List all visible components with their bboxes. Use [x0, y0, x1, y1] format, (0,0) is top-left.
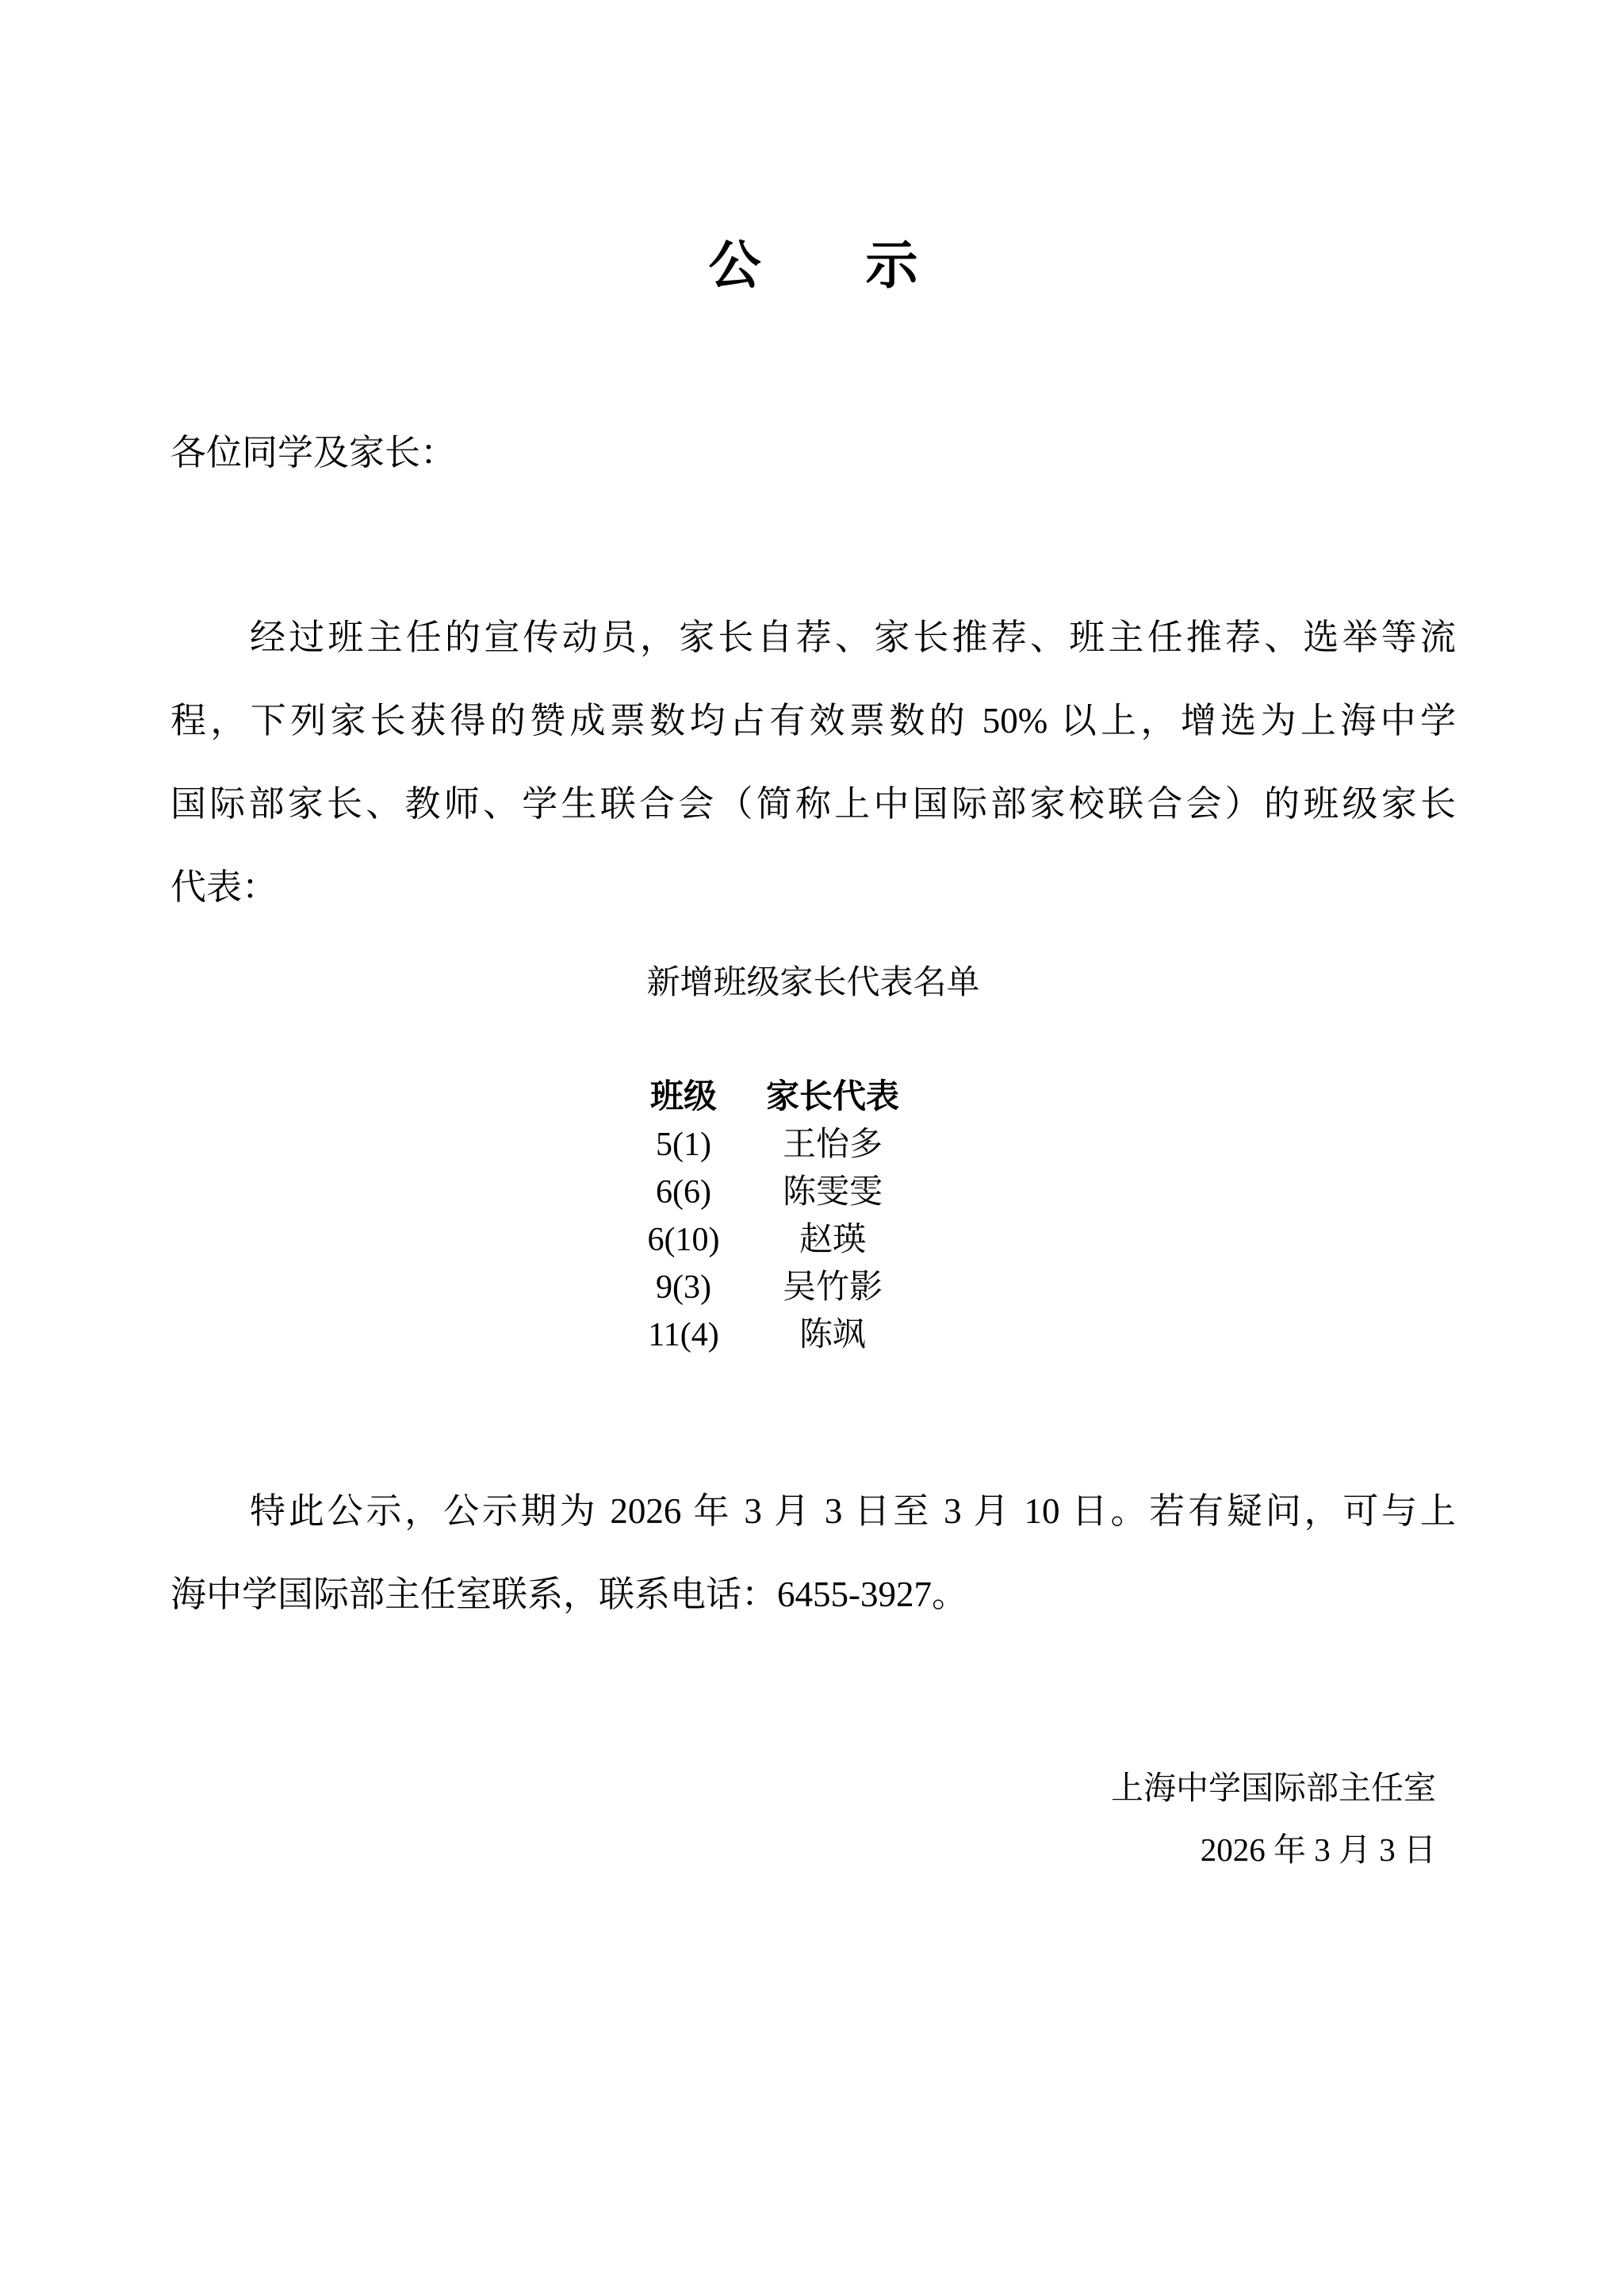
table-row: 6(6) 陈雯雯: [170, 1169, 1456, 1216]
signature-block: 上海中学国际部主任室 2026 年 3 月 3 日: [170, 1757, 1456, 1881]
table-row: 9(3) 吴竹影: [170, 1264, 1456, 1311]
class-cell: 5(1): [620, 1121, 747, 1169]
representative-cell: 赵瑛: [747, 1216, 918, 1264]
class-cell: 9(3): [620, 1264, 747, 1311]
representative-cell: 陈飒: [747, 1311, 918, 1359]
body-paragraph: 经过班主任的宣传动员，家长自荐、家长推荐、班主任推荐、选举等流 程，下列家长获得…: [170, 596, 1456, 929]
table-row: 5(1) 王怡多: [170, 1121, 1456, 1169]
paragraph-line: 代表：: [170, 846, 1456, 929]
salutation: 各位同学及家长：: [170, 430, 1456, 476]
representatives-table: 班级 家长代表 5(1) 王怡多 6(6) 陈雯雯 6(10) 赵瑛 9(3) …: [170, 1073, 1456, 1359]
class-cell: 6(10): [620, 1216, 747, 1264]
representative-cell: 陈雯雯: [747, 1169, 918, 1216]
column-header-representative: 家长代表: [747, 1073, 918, 1121]
table-row: 6(10) 赵瑛: [170, 1216, 1456, 1264]
representative-cell: 王怡多: [747, 1121, 918, 1169]
paragraph-line: 特此公示，公示期为 2026 年 3 月 3 日至 3 月 10 日。若有疑问，…: [170, 1470, 1456, 1553]
page-title: 公 示: [170, 235, 1456, 298]
signature-org: 上海中学国际部主任室: [170, 1757, 1436, 1819]
class-cell: 6(6): [620, 1169, 747, 1216]
table-header-row: 班级 家长代表: [170, 1073, 1456, 1121]
signature-date: 2026 年 3 月 3 日: [170, 1819, 1436, 1881]
closing-paragraph: 特此公示，公示期为 2026 年 3 月 3 日至 3 月 10 日。若有疑问，…: [170, 1470, 1456, 1636]
paragraph-line: 海中学国际部主任室联系，联系电话：6455-3927。: [170, 1553, 1456, 1636]
class-cell: 11(4): [620, 1311, 747, 1359]
paragraph-line: 经过班主任的宣传动员，家长自荐、家长推荐、班主任推荐、选举等流: [170, 596, 1456, 679]
paragraph-line: 程，下列家长获得的赞成票数均占有效票数的 50% 以上，增选为上海中学: [170, 679, 1456, 763]
representative-cell: 吴竹影: [747, 1264, 918, 1311]
paragraph-line: 国际部家长、教师、学生联合会（简称上中国际部家校联合会）的班级家长: [170, 763, 1456, 846]
table-row: 11(4) 陈飒: [170, 1311, 1456, 1359]
list-title: 新增班级家长代表名单: [170, 962, 1456, 1004]
document-page: 公 示 各位同学及家长： 经过班主任的宣传动员，家长自荐、家长推荐、班主任推荐、…: [0, 0, 1624, 2296]
column-header-class: 班级: [620, 1073, 747, 1121]
